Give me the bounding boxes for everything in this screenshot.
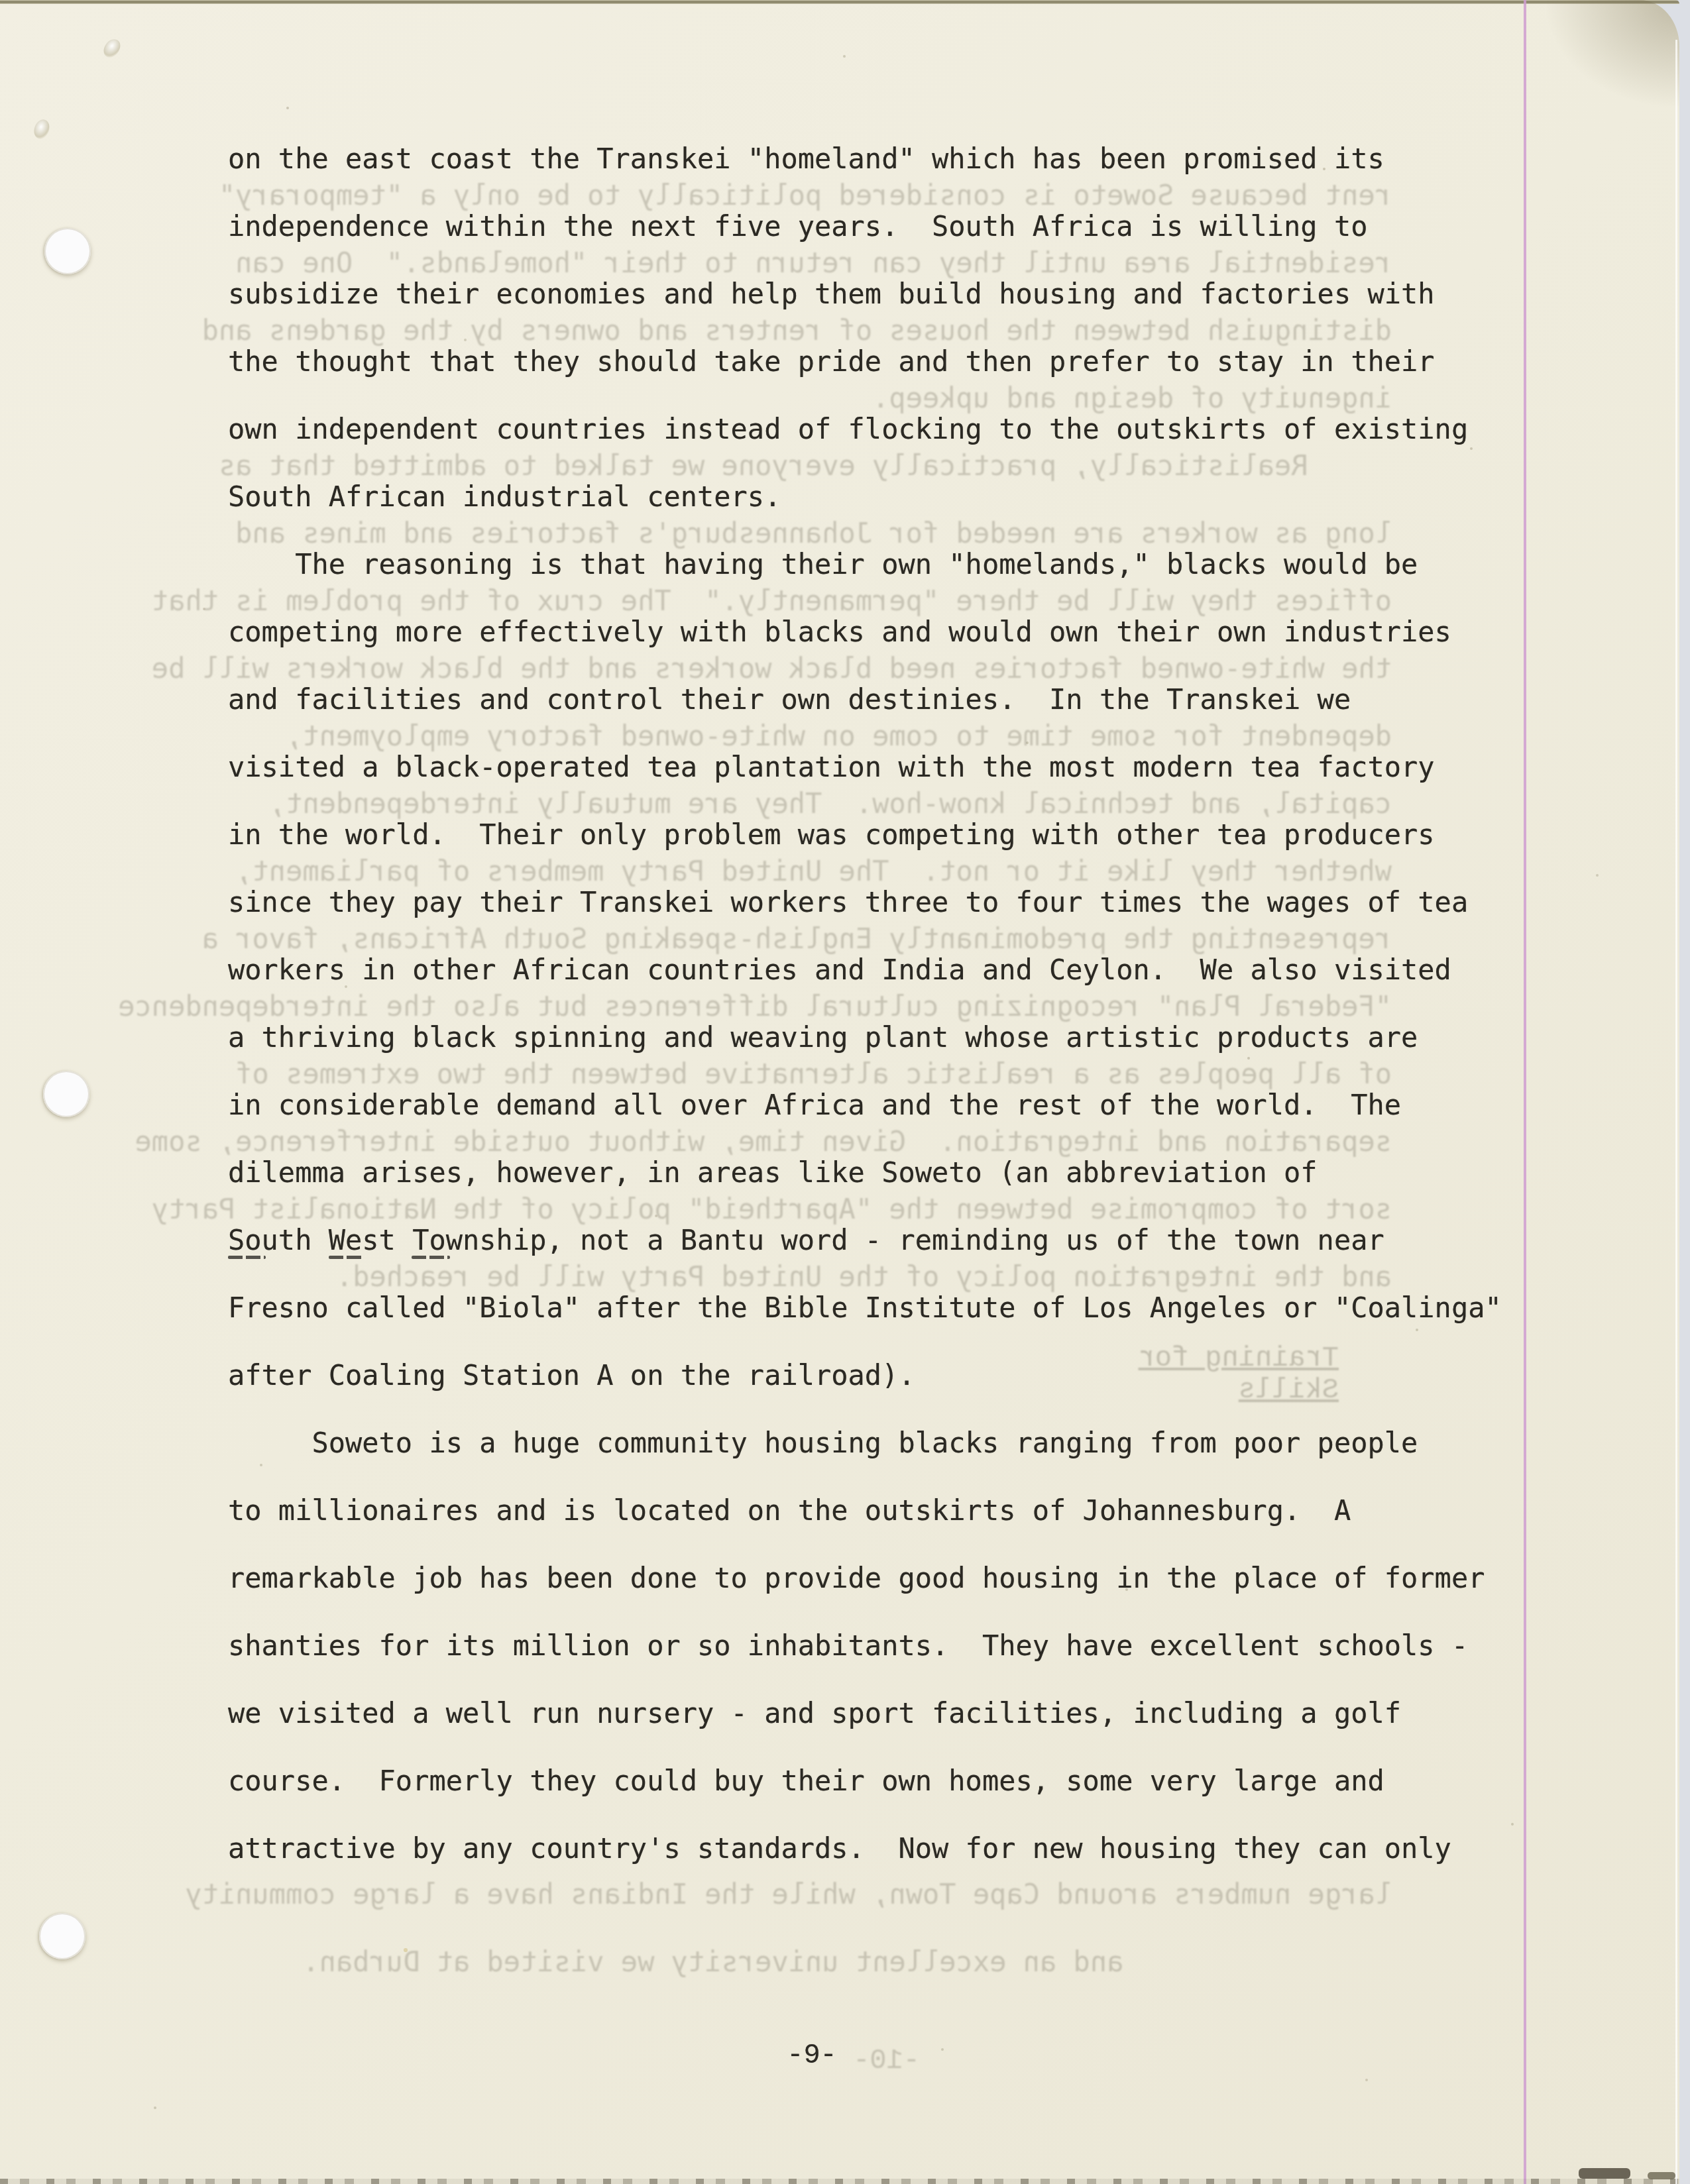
page-corner-shadow (1547, 0, 1679, 106)
paper-crease-mark (32, 117, 52, 141)
paper-edge-highlight (1675, 40, 1677, 2184)
bottom-smudge (1648, 2172, 1675, 2179)
pink-margin-rule (1524, 0, 1526, 2184)
document-page: rent because Soweto is considered politi… (0, 0, 1679, 2184)
hole-punch-bottom (39, 1913, 85, 1959)
page-top-edge (0, 0, 1679, 4)
typed-body-text: on the east coast the Transkei "homeland… (228, 125, 1502, 1883)
underline-mark-to (412, 1256, 450, 1259)
scanned-document-screen: rent because Soweto is considered politi… (0, 0, 1690, 2184)
paper-specks (0, 0, 1, 1)
page-bottom-edge (0, 2179, 1679, 2184)
page-number: -9- (769, 2040, 855, 2071)
paper-crease-mark (100, 36, 123, 60)
underline-mark-we (329, 1256, 364, 1259)
bottom-smudge (1579, 2168, 1630, 2179)
underline-mark-so (228, 1256, 266, 1259)
hole-punch-top (44, 228, 91, 274)
hole-punch-middle (43, 1071, 89, 1117)
